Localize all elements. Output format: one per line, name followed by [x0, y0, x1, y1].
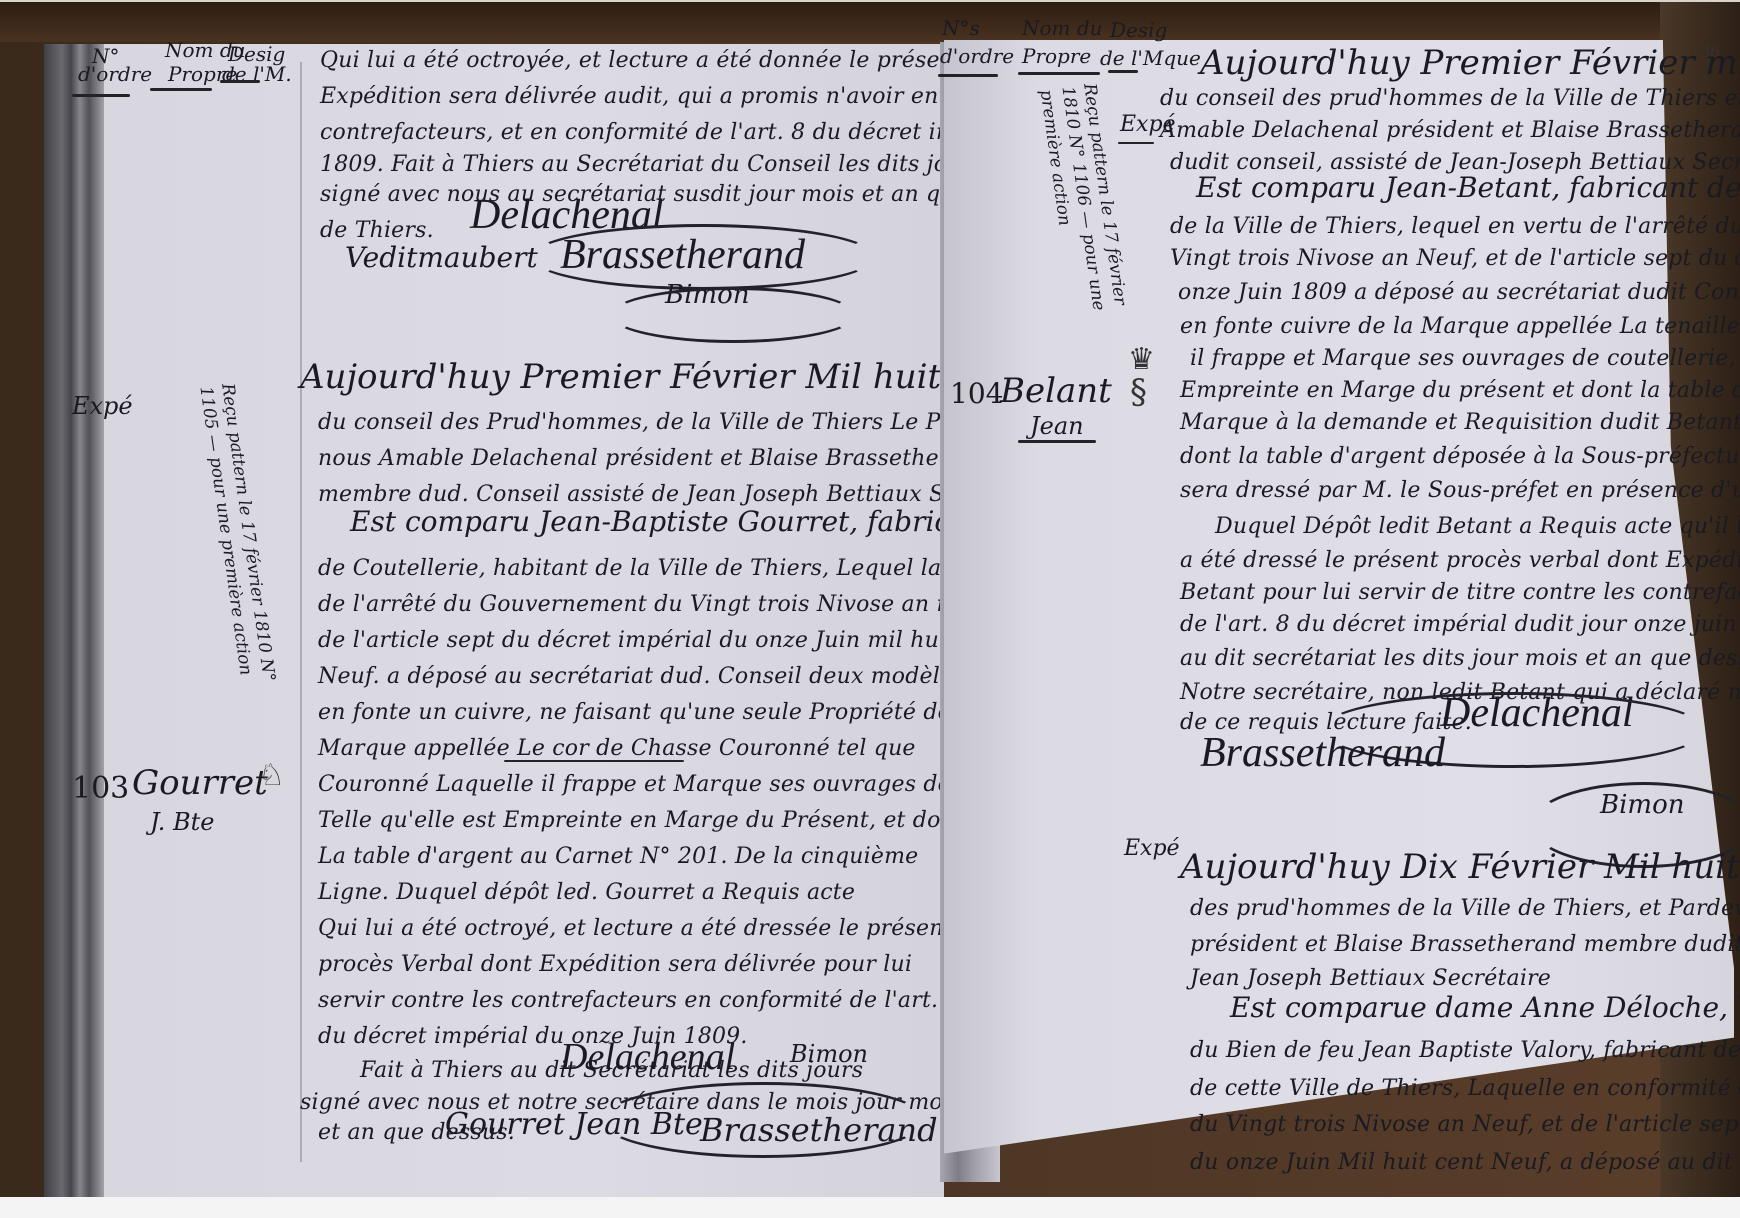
text-line: servir contre les contrefacteurs en conf…	[318, 990, 960, 1012]
entry-number: 104	[950, 380, 1003, 408]
header-underline	[150, 88, 212, 91]
text-line: Est comparu Jean-Baptiste Gourret, fabri…	[350, 508, 996, 536]
text-line: Neuf. a déposé au secrétariat dud. Conse…	[318, 666, 965, 688]
right-header-col2: Propre	[1022, 46, 1091, 66]
text-line: du Vingt trois Nivose an Neuf, et de l'a…	[1190, 1114, 1740, 1136]
text-line: Aujourd'huy Premier Février mil huit cen…	[1200, 46, 1740, 80]
column-rule	[300, 62, 302, 1162]
right-header-col3: de l'Mque	[1100, 48, 1201, 68]
text-line: en fonte cuivre de la Marque appellée La…	[1180, 316, 1740, 338]
text-line: Ligne. Duquel dépôt led. Gourret a Requi…	[318, 882, 855, 904]
header-underline	[938, 74, 998, 77]
text-line: dont la table d'argent déposée à la Sous…	[1180, 446, 1740, 468]
text-line: en fonte un cuivre, ne faisant qu'une se…	[318, 702, 979, 724]
header-underline	[1018, 72, 1100, 75]
text-line: de Coutellerie, habitant de la Ville de …	[318, 558, 1010, 580]
signature-flourish	[610, 287, 856, 343]
text-line: a été dressé le présent procès verbal do…	[1180, 550, 1740, 572]
text-line: Marque appellée Le cor de Chasse Couronn…	[318, 738, 916, 760]
signature-flourish	[600, 1082, 926, 1158]
s-mark-icon: §	[1130, 372, 1147, 412]
text-line: Jean Joseph Bettiaux Secrétaire	[1190, 968, 1551, 990]
text-line: Duquel Dépôt ledit Betant a Requis acte …	[1215, 516, 1740, 538]
right-header-col2-top: Nom du	[1022, 18, 1103, 38]
text-line: du conseil des prud'hommes de la Ville d…	[1160, 88, 1740, 110]
right-header-col1-top: N°s	[942, 18, 980, 38]
text-line: membre dud. Conseil assisté de Jean Jose…	[318, 484, 1047, 506]
text-line: de l'art. 8 du décret impérial dudit jou…	[1180, 614, 1740, 636]
text-line: procès Verbal dont Expédition sera déliv…	[318, 954, 912, 976]
text-line: Empreinte en Marge du présent et dont la…	[1180, 380, 1740, 402]
text-line: nous Amable Delachenal président et Blai…	[318, 448, 992, 470]
horn-mark-icon: ♘	[258, 758, 285, 793]
margin-note-expe: Expé	[1124, 838, 1180, 860]
signature-delachenal: Delachenal	[560, 1038, 735, 1076]
text-line: Aujourd'huy Dix Février Mil huit cent Di…	[1180, 850, 1740, 884]
text-line: Telle qu'elle est Empreinte en Marge du …	[318, 810, 964, 832]
signature-bimon: Bimon	[790, 1042, 868, 1066]
margin-note-expe: Expé	[72, 394, 133, 418]
left-header-col1: d'ordre	[78, 64, 152, 84]
photo-bottom-border	[0, 1197, 1740, 1218]
text-line: sera dressé par M. le Sous-préfet en pré…	[1180, 480, 1740, 502]
left-header-col3-top: Desig	[228, 44, 285, 64]
signature-brassetherand: Brassetherand	[1200, 732, 1445, 774]
text-line: Vingt trois Nivose an Neuf, et de l'arti…	[1170, 248, 1740, 270]
text-line: de l'article sept du décret impérial du …	[318, 630, 1012, 652]
name-underline	[1018, 440, 1096, 443]
text-line: Qui lui a été octroyé, et lecture a été …	[318, 918, 953, 940]
text-line: de l'arrêté du Gouvernement du Vingt tro…	[318, 594, 1016, 616]
text-line: Marque à la demande et Requisition dudit…	[1180, 412, 1740, 434]
text-line: du Bien de feu Jean Baptiste Valory, fab…	[1190, 1040, 1740, 1062]
entry-given-name: Jean	[1030, 414, 1084, 438]
text-line: de cette Ville de Thiers, Laquelle en co…	[1190, 1078, 1740, 1100]
header-underline	[1108, 70, 1138, 73]
text-line: Est comparue dame Anne Déloche, Veuve et…	[1230, 994, 1740, 1022]
text-line: du onze Juin Mil huit cent Neuf, a dépos…	[1190, 1152, 1740, 1174]
entry-name: Belant	[1000, 374, 1112, 408]
text-line: il frappe et Marque ses ouvrages de cout…	[1190, 348, 1740, 370]
text-line: Amable Delachenal président et Blaise Br…	[1160, 120, 1740, 142]
text-line: du conseil des Prud'hommes, de la Ville …	[318, 412, 1041, 434]
text-line: Est comparu Jean-Betant, fabricant de co…	[1196, 174, 1740, 202]
entry-number: 103	[72, 774, 129, 804]
text-line: de Thiers.	[320, 220, 434, 242]
text-line: onze Juin 1809 a déposé au secrétariat d…	[1178, 282, 1740, 304]
entry-given-name: J. Bte	[150, 810, 215, 834]
right-header-col3-top: Desig	[1110, 20, 1167, 40]
text-line: au dit secrétariat les dits jour mois et…	[1180, 648, 1740, 670]
text-line: Betant pour lui servir de titre contre l…	[1180, 582, 1740, 604]
book-binding-edge	[44, 44, 104, 1204]
document-photograph: N° d'ordre Nom du Propre Desig de l'M. Q…	[0, 0, 1740, 1218]
right-header-col1: d'ordre	[940, 46, 1014, 66]
table-surface-top	[0, 2, 1740, 42]
signature-veditmaubert: Veditmaubert	[345, 244, 538, 272]
header-underline	[220, 80, 260, 83]
text-line: de la Ville de Thiers, lequel en vertu d…	[1170, 216, 1740, 238]
text-line: président et Blaise Brassetherand membre…	[1190, 934, 1740, 956]
margin-underline	[1118, 142, 1154, 144]
mark-name-underline	[504, 760, 684, 762]
header-underline	[72, 94, 130, 97]
text-line: des prud'hommes de la Ville de Thiers, e…	[1190, 898, 1740, 920]
text-line: La table d'argent au Carnet N° 201. De l…	[318, 846, 918, 868]
entry-name: Gourret	[132, 766, 268, 800]
